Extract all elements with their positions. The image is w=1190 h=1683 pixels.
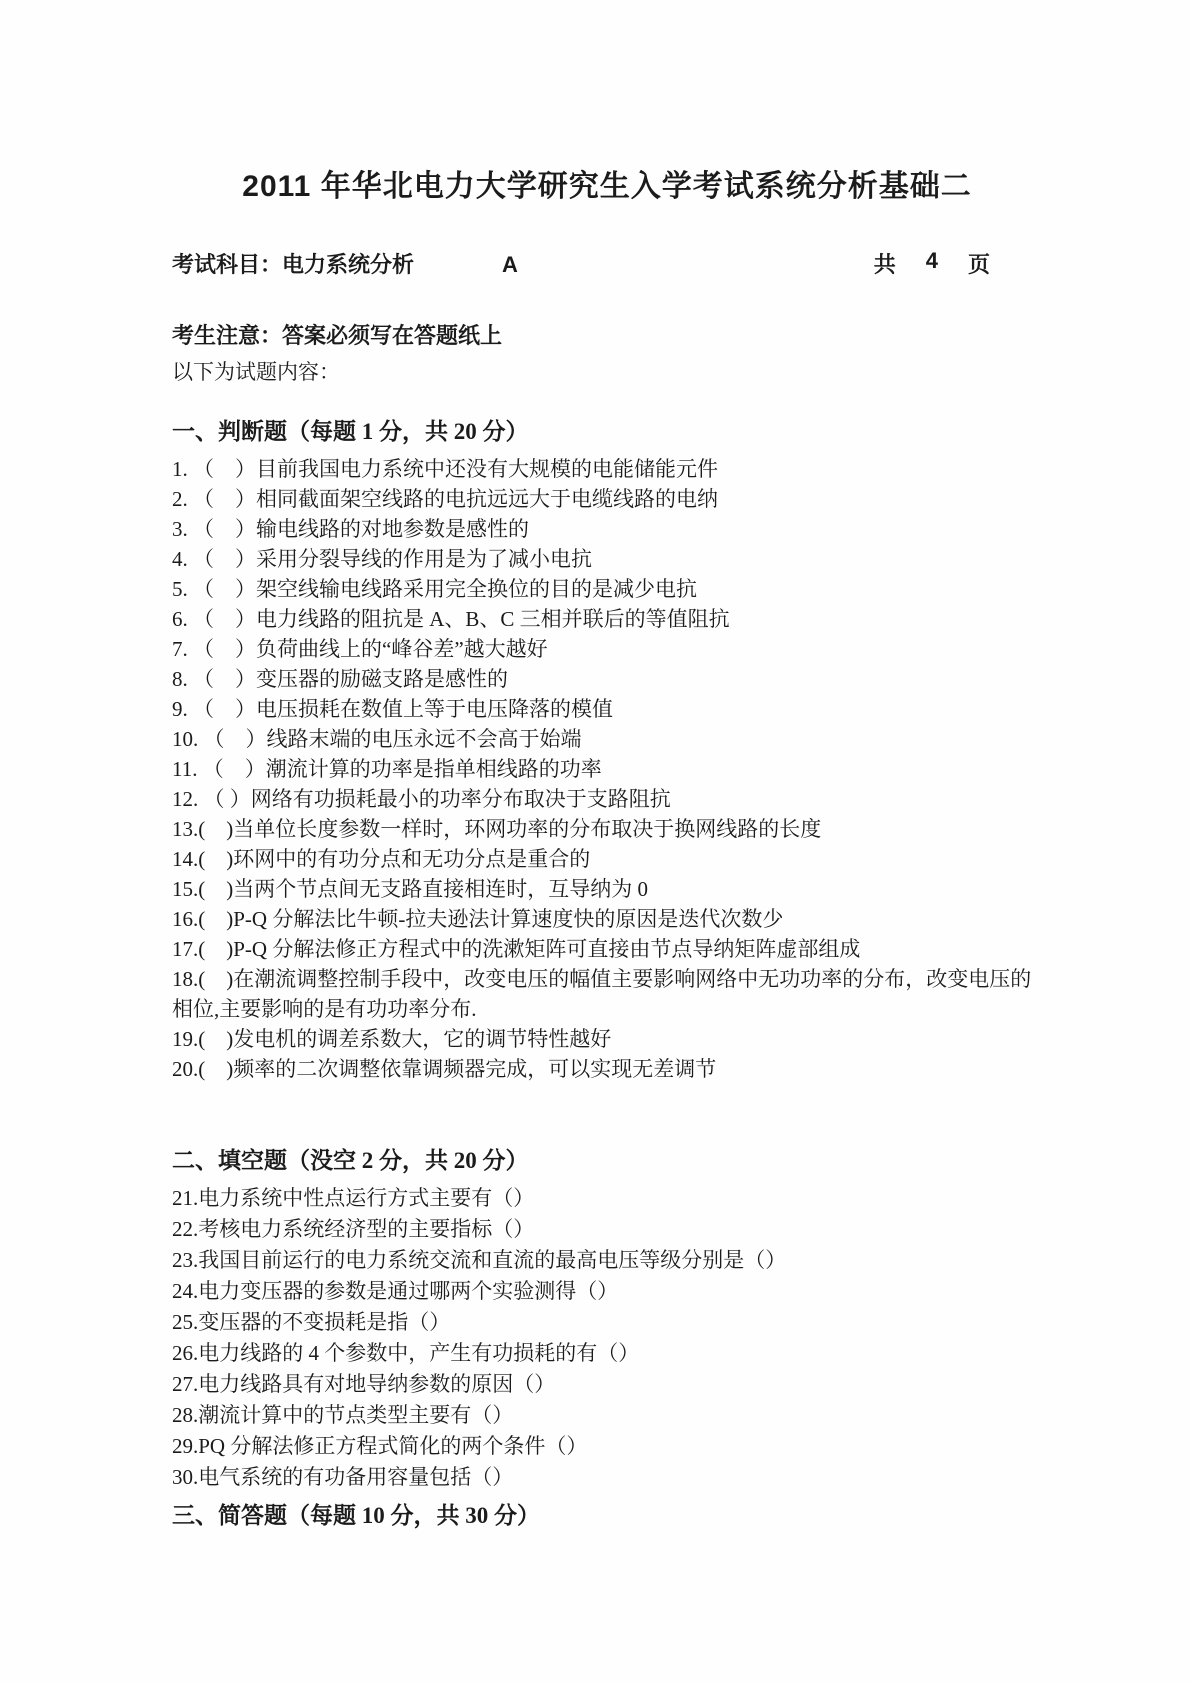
section-short-answer: 三、简答题（每题 10 分，共 30 分） <box>172 1499 1042 1532</box>
question-item: 30.电气系统的有功备用容量包括（） <box>172 1462 1042 1493</box>
question-item: 1. （ ）目前我国电力系统中还没有大规模的电能储能元件 <box>172 454 1042 484</box>
content-intro: 以下为试题内容： <box>172 357 1042 387</box>
subject-label: 考试科目：电力系统分析 <box>172 252 414 277</box>
question-item: 15.( )当两个节点间无支路直接相连时，互导纳为 0 <box>172 874 1042 904</box>
question-item: 26.电力线路的 4 个参数中，产生有功损耗的有（） <box>172 1338 1042 1369</box>
question-item: 18.( )在潮流调整控制手段中，改变电压的幅值主要影响网络中无功功率的分布，改… <box>172 964 1042 1024</box>
subject-row: 考试科目：电力系统分析A 共 4 页 <box>172 248 1042 279</box>
question-item: 24.电力变压器的参数是通过哪两个实验测得（） <box>172 1276 1042 1307</box>
question-item: 22.考核电力系统经济型的主要指标（） <box>172 1214 1042 1245</box>
exam-paper-page: 2011 年华北电力大学研究生入学考试系统分析基础二 考试科目：电力系统分析A … <box>0 0 1190 1683</box>
question-item: 6. （ ）电力线路的阻抗是 A、B、C 三相并联后的等值阻抗 <box>172 604 1042 634</box>
question-item: 23.我国目前运行的电力系统交流和直流的最高电压等级分别是（） <box>172 1245 1042 1276</box>
page-title: 2011 年华北电力大学研究生入学考试系统分析基础二 <box>172 0 1042 204</box>
subject-info: 考试科目：电力系统分析A <box>172 248 518 279</box>
question-item: 5. （ ）架空线输电线路采用完全换位的目的是减少电抗 <box>172 574 1042 604</box>
examinee-notice: 考生注意：答案必须写在答题纸上 <box>172 323 1042 349</box>
page-content: 2011 年华北电力大学研究生入学考试系统分析基础二 考试科目：电力系统分析A … <box>172 0 1042 1532</box>
question-item: 14.( )环网中的有功分点和无功分点是重合的 <box>172 844 1042 874</box>
question-item: 8. （ ）变压器的励磁支路是感性的 <box>172 664 1042 694</box>
section-heading: 一、判断题（每题 1 分，共 20 分） <box>172 415 1042 448</box>
question-item: 9. （ ）电压损耗在数值上等于电压降落的模值 <box>172 694 1042 724</box>
question-item: 16.( )P-Q 分解法比牛顿-拉夫逊法计算速度快的原因是迭代次数少 <box>172 904 1042 934</box>
question-item: 20.( )频率的二次调整依靠调频器完成，可以实现无差调节 <box>172 1054 1042 1084</box>
pages-prefix: 共 <box>874 248 896 279</box>
question-item: 3. （ ）输电线路的对地参数是感性的 <box>172 514 1042 544</box>
question-item: 7. （ ）负荷曲线上的“峰谷差”越大越好 <box>172 634 1042 664</box>
section-heading: 三、简答题（每题 10 分，共 30 分） <box>172 1499 1042 1532</box>
question-item: 29.PQ 分解法修正方程式简化的两个条件（） <box>172 1431 1042 1462</box>
question-item: 25.变压器的不变损耗是指（） <box>172 1307 1042 1338</box>
section-heading: 二、填空题（没空 2 分，共 20 分） <box>172 1144 1042 1177</box>
pages-number: 4 <box>926 248 938 279</box>
question-list: 21.电力系统中性点运行方式主要有（）22.考核电力系统经济型的主要指标（）23… <box>172 1183 1042 1493</box>
section-fill-blank: 二、填空题（没空 2 分，共 20 分） 21.电力系统中性点运行方式主要有（）… <box>172 1144 1042 1493</box>
question-item: 21.电力系统中性点运行方式主要有（） <box>172 1183 1042 1214</box>
question-item: 28.潮流计算中的节点类型主要有（） <box>172 1400 1042 1431</box>
question-item: 19.( )发电机的调差系数大，它的调节特性越好 <box>172 1024 1042 1054</box>
question-item: 17.( )P-Q 分解法修正方程式中的洗漱矩阵可直接由节点导纳矩阵虚部组成 <box>172 934 1042 964</box>
question-item: 27.电力线路具有对地导纳参数的原因（） <box>172 1369 1042 1400</box>
section-true-false: 一、判断题（每题 1 分，共 20 分） 1. （ ）目前我国电力系统中还没有大… <box>172 415 1042 1084</box>
paper-variant: A <box>502 252 518 277</box>
pages-suffix: 页 <box>968 248 990 279</box>
question-item: 10. （ ）线路末端的电压永远不会高于始端 <box>172 724 1042 754</box>
question-item: 13.( )当单位长度参数一样时，环网功率的分布取决于换网线路的长度 <box>172 814 1042 844</box>
question-item: 2. （ ）相同截面架空线路的电抗远远大于电缆线路的电纳 <box>172 484 1042 514</box>
question-item: 4. （ ）采用分裂导线的作用是为了减小电抗 <box>172 544 1042 574</box>
question-item: 12. （ ）网络有功损耗最小的功率分布取决于支路阻抗 <box>172 784 1042 814</box>
question-item: 11. （ ）潮流计算的功率是指单相线路的功率 <box>172 754 1042 784</box>
question-list: 1. （ ）目前我国电力系统中还没有大规模的电能储能元件2. （ ）相同截面架空… <box>172 454 1042 1084</box>
page-count: 共 4 页 <box>874 248 990 279</box>
